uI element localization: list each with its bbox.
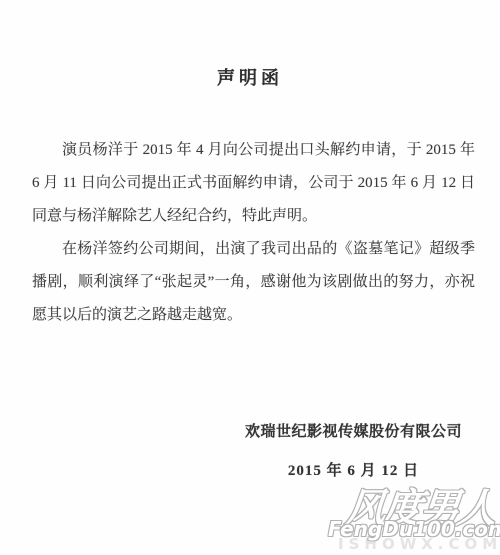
watermark-brand-text: 风度男人 xyxy=(343,477,497,534)
signature-date: 2015 年 6 月 12 日 xyxy=(245,459,462,480)
statement-body: 演员杨洋于 2015 年 4 月向公司提出口头解约申请，于 2015 年 6 月… xyxy=(32,134,475,332)
signature-company-name: 欢瑞世纪影视传媒股份有限公司 xyxy=(245,420,462,441)
statement-paragraph-2: 在杨洋签约公司期间，出演了我司出品的《盗墓笔记》超级季播剧，顺利演绎了“张起灵”… xyxy=(32,233,475,332)
watermark-background-text: ISHOWX.COM xyxy=(338,535,500,553)
statement-paragraph-1: 演员杨洋于 2015 年 4 月向公司提出口头解约申请，于 2015 年 6 月… xyxy=(32,134,475,233)
watermark-site-url: FengDu100.com xyxy=(328,517,500,541)
statement-letter-page: 声明函 演员杨洋于 2015 年 4 月向公司提出口头解约申请，于 2015 年… xyxy=(0,0,500,555)
signature-block: 欢瑞世纪影视传媒股份有限公司 2015 年 6 月 12 日 xyxy=(245,420,462,480)
statement-title: 声明函 xyxy=(0,0,500,90)
watermark: ISHOWX.COM 风度男人 FengDu100.com xyxy=(326,479,498,553)
